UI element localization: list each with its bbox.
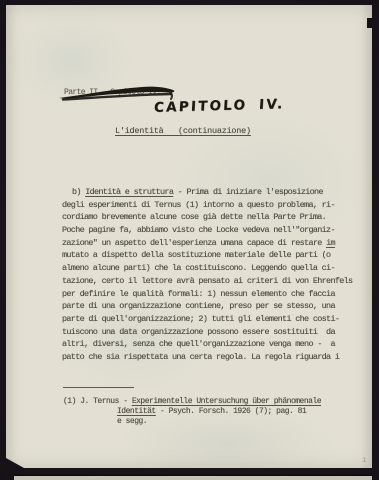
footnote-separator-rule xyxy=(63,387,134,388)
text-line: almeno alcune parti) che la costituiscon… xyxy=(62,262,364,275)
text-line: patto che sia rispettata una certa regol… xyxy=(62,351,364,364)
text-line: parte di quell'organizzazione; 2) tutti … xyxy=(62,313,364,326)
footnote-line: (1) J. Ternus - Experimentelle Untersuch… xyxy=(63,397,353,407)
inline-heading-underlined: Identità e struttura xyxy=(85,187,173,197)
line1-prefix: b) xyxy=(72,187,85,197)
line5-text: zazione" un aspetto dell'esperienza uman… xyxy=(62,238,326,248)
footnote-line: e segg. xyxy=(63,417,353,427)
section-subtitle: L'identità (continuazione) xyxy=(115,126,251,136)
paper-edge-notch xyxy=(367,18,372,28)
footnote-reference: - Psych. Forsch. 1926 (7); pag. 81 xyxy=(156,407,307,416)
footnote: (1) J. Ternus - Experimentelle Untersuch… xyxy=(63,397,353,427)
text-line: tazione, certo il lettore avrà pensato a… xyxy=(62,275,364,288)
line5-hyphen-underlined: im xyxy=(326,238,335,248)
underlying-page-edge xyxy=(14,476,372,480)
text-line: altri, diversi, senza che quell'organizz… xyxy=(62,338,364,351)
page-number: 1 xyxy=(362,457,366,465)
text-line: per definire le qualità formali: 1) ness… xyxy=(62,288,364,301)
text-line: mutato a dispetto della sostituzione mat… xyxy=(62,249,364,262)
body-paragraph: b) Identità e struttura - Prima di inizi… xyxy=(62,186,364,364)
text-line: zazione" un aspetto dell'esperienza uman… xyxy=(62,237,364,250)
line1-rest: - Prima di iniziare l'esposizione xyxy=(173,187,323,197)
document-page: Parte II - Capitolo IV. CAPITOLO IV. L'i… xyxy=(6,5,372,468)
chapter-title-handwritten: CAPITOLO IV. xyxy=(154,96,285,116)
text-line: parte di una organizzazione contiene, pr… xyxy=(62,300,364,313)
text-line: cordiamo brevemente alcune cose già dett… xyxy=(62,211,364,224)
text-line: Poche pagine fa, abbiamo visto che Locke… xyxy=(62,224,364,237)
footnote-marker: (1) J. Ternus - xyxy=(63,397,132,406)
footnote-line: Identität - Psych. Forsch. 1926 (7); pag… xyxy=(63,407,353,417)
footnote-title-underlined: Experimentelle Untersuchung über phänome… xyxy=(132,397,321,406)
text-line: b) Identità e struttura - Prima di inizi… xyxy=(62,186,364,199)
text-line: tuiscono una data organizzazione possono… xyxy=(62,326,364,339)
footnote-title-underlined: Identität xyxy=(117,407,156,416)
text-line: degli esperimenti di Ternus (1) intorno … xyxy=(62,199,364,212)
